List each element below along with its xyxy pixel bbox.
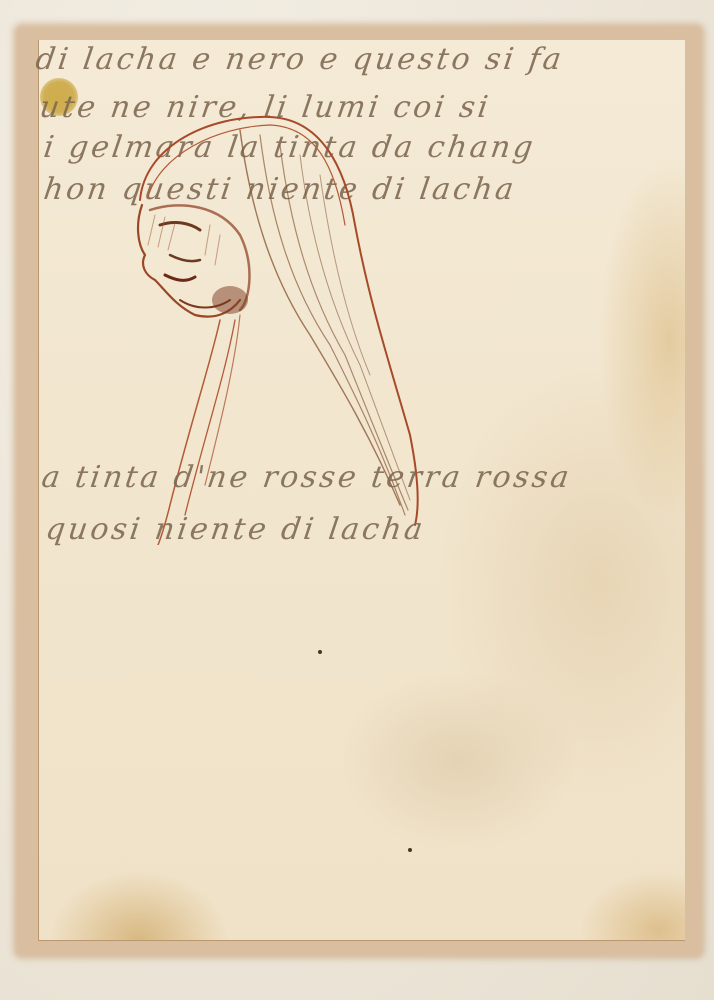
script-line-5: a tinta d'ne rosse terra rossa bbox=[40, 460, 574, 495]
script-line-6: quosi niente di lacha bbox=[44, 512, 428, 547]
ink-speck bbox=[408, 848, 412, 852]
ink-speck bbox=[318, 650, 322, 654]
script-line-1: di lacha e nero e questo si fa bbox=[34, 42, 567, 77]
